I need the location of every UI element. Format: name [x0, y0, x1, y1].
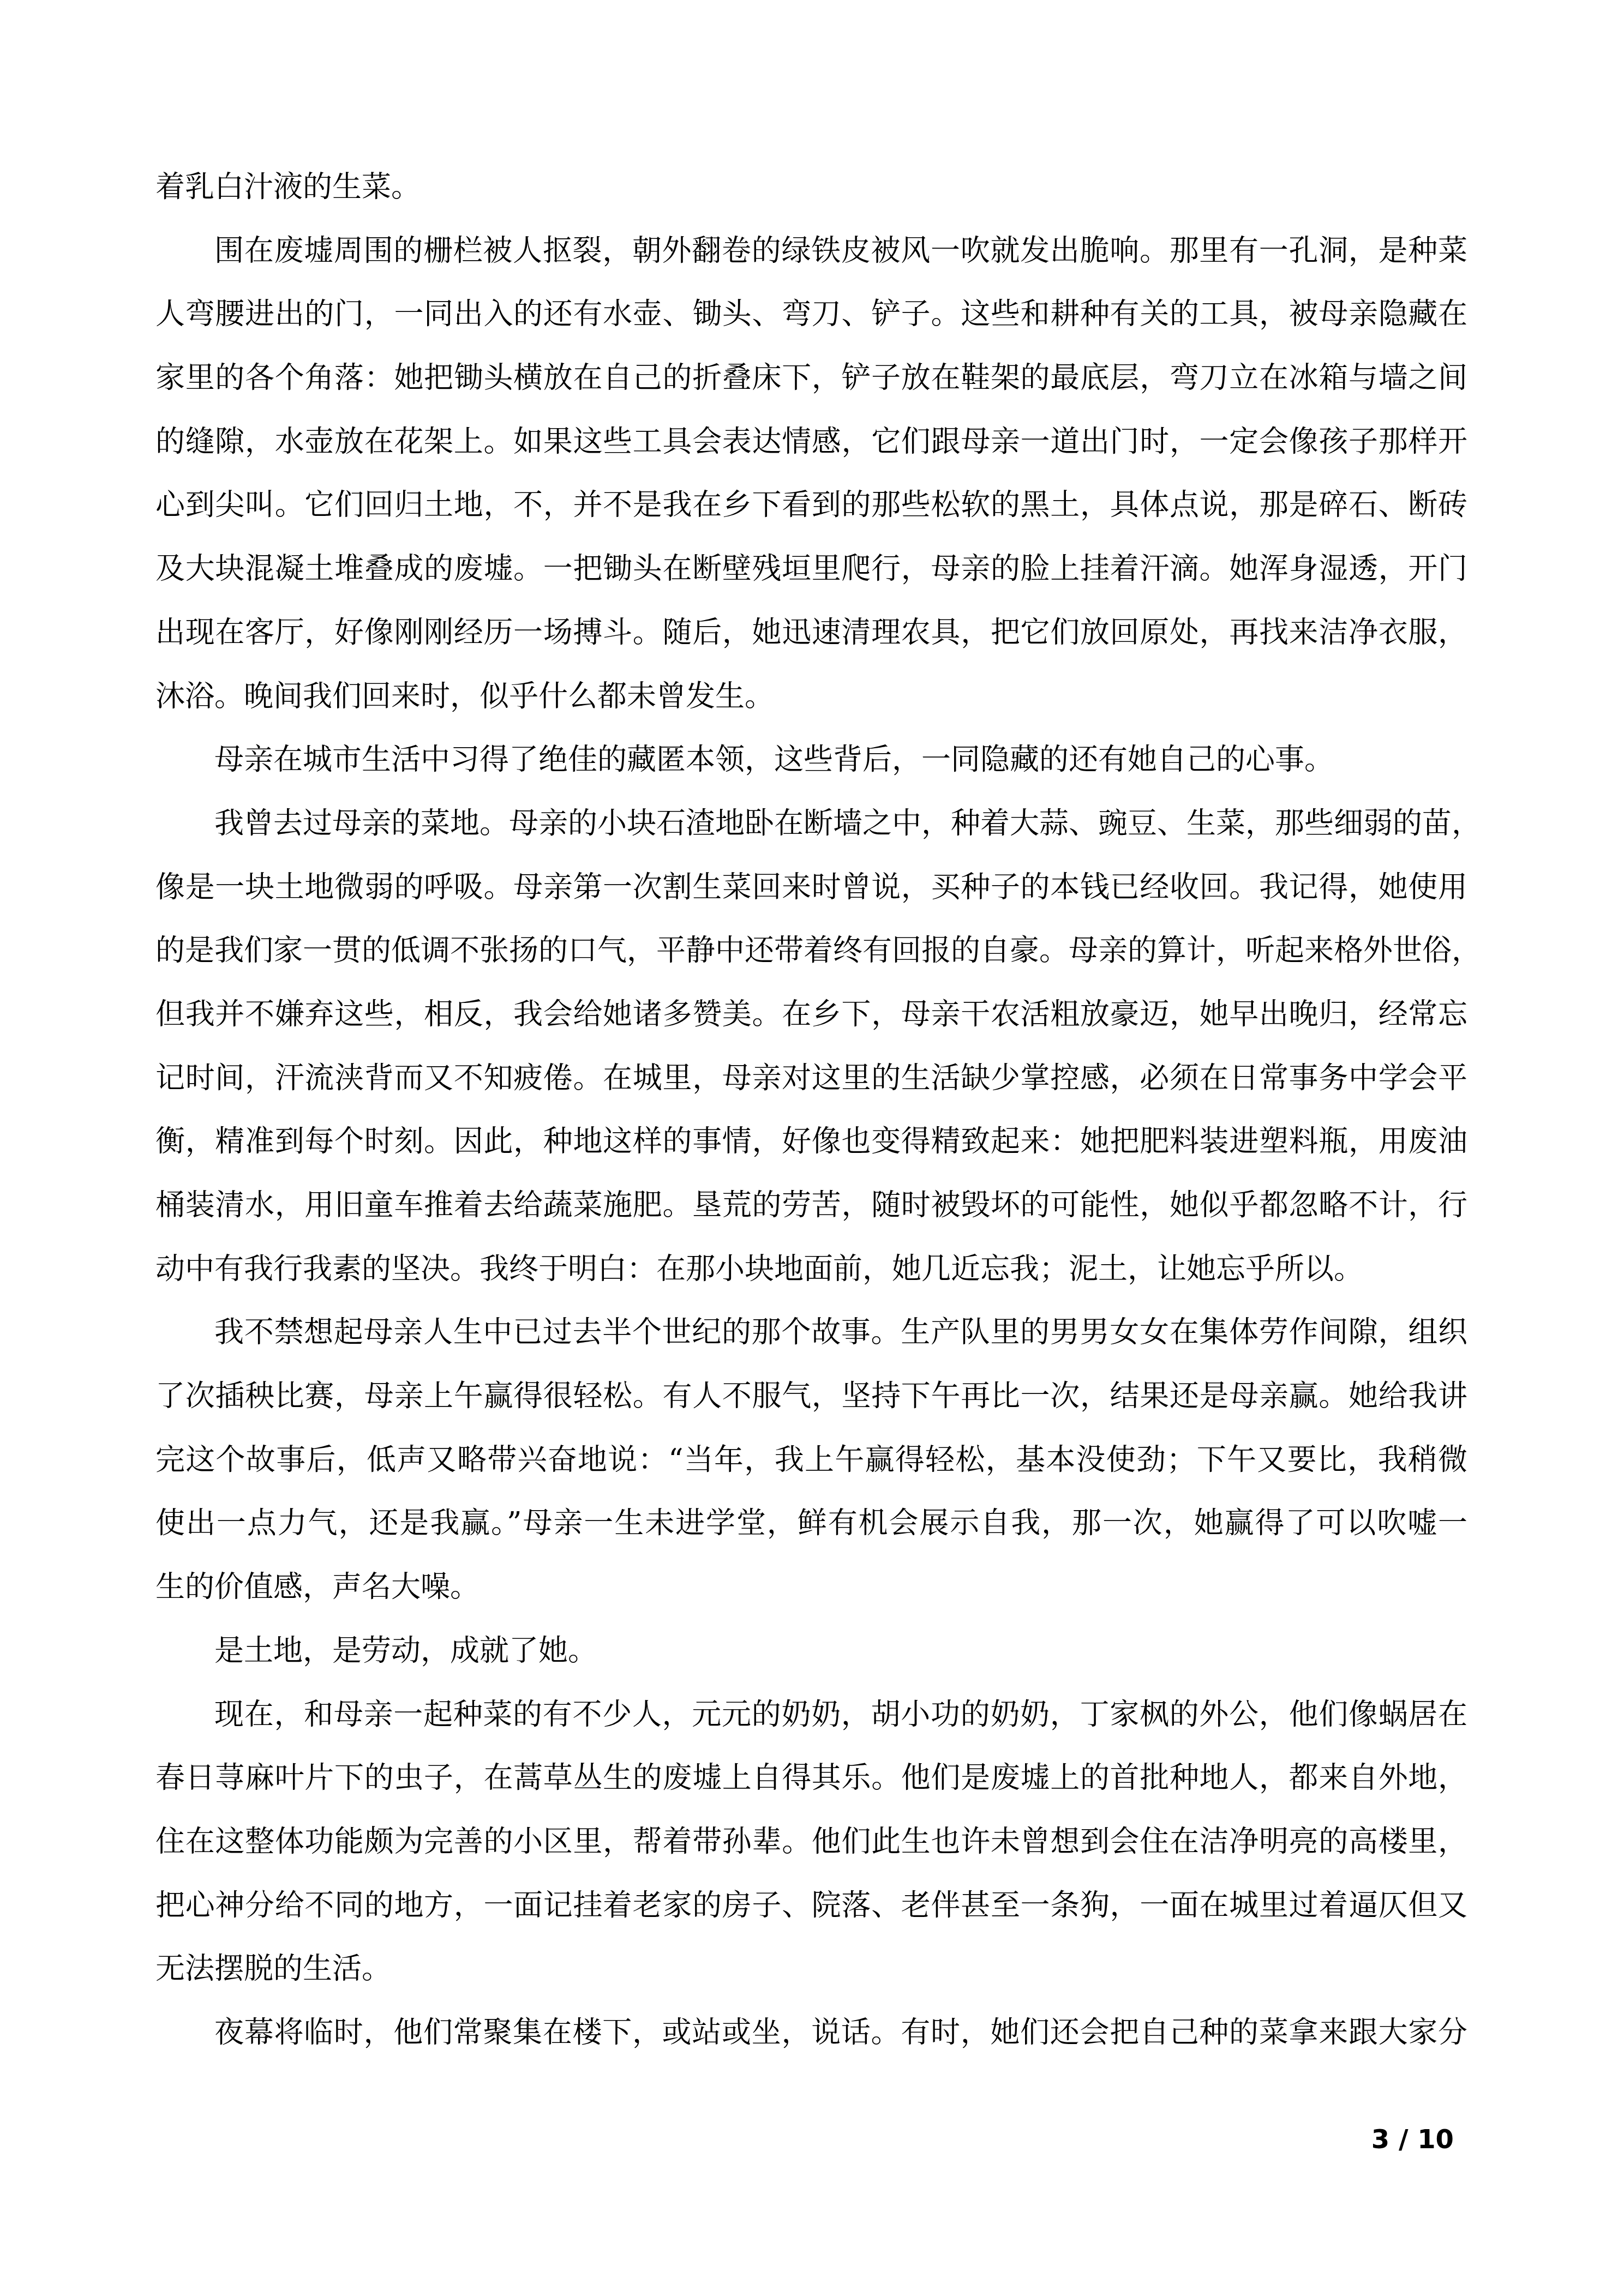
paragraph: 着乳白汁液的生菜。	[155, 155, 1467, 219]
body-text: 着乳白汁液的生菜。围在废墟周围的栅栏被人抠裂，朝外翻卷的绿铁皮被风一吹就发出脆响…	[155, 155, 1467, 2065]
paragraph: 围在废墟周围的栅栏被人抠裂，朝外翻卷的绿铁皮被风一吹就发出脆响。那里有一孔洞，是…	[155, 219, 1467, 729]
text-line: 春日荨麻叶片下的虫子，在蒿草丛生的废墟上自得其乐。他们是废墟上的首批种地人，都来…	[155, 1746, 1467, 1810]
paragraph: 是土地，是劳动，成就了她。	[155, 1619, 1467, 1683]
page-number: 3 / 10	[1371, 2123, 1454, 2156]
text-line: 记时间，汗流浃背而又不知疲倦。在城里，母亲对这里的生活缺少掌控感，必须在日常事务…	[155, 1047, 1467, 1110]
text-line: 我曾去过母亲的菜地。母亲的小块石渣地卧在断墙之中，种着大蒜、豌豆、生菜，那些细弱…	[155, 792, 1467, 856]
text-line: 围在废墟周围的栅栏被人抠裂，朝外翻卷的绿铁皮被风一吹就发出脆响。那里有一孔洞，是…	[155, 219, 1467, 283]
text-line: 及大块混凝土堆叠成的废墟。一把锄头在断壁残垣里爬行，母亲的脸上挂着汗滴。她浑身湿…	[155, 537, 1467, 601]
text-line: 把心神分给不同的地方，一面记挂着老家的房子、院落、老伴甚至一条狗，一面在城里过着…	[155, 1874, 1467, 1938]
text-line: 桶装清水，用旧童车推着去给蔬菜施肥。垦荒的劳苦，随时被毁坏的可能性，她似乎都忽略…	[155, 1174, 1467, 1237]
text-line: 但我并不嫌弃这些，相反，我会给她诸多赞美。在乡下，母亲干农活粗放豪迈，她早出晚归…	[155, 983, 1467, 1047]
text-line: 衡，精准到每个时刻。因此，种地这样的事情，好像也变得精致起来：她把肥料装进塑料瓶…	[155, 1110, 1467, 1174]
paragraph: 现在，和母亲一起种菜的有不少人，元元的奶奶，胡小功的奶奶，丁家枫的外公，他们像蜗…	[155, 1683, 1467, 2001]
text-line: 家里的各个角落：她把锄头横放在自己的折叠床下，铲子放在鞋架的最底层，弯刀立在冰箱…	[155, 346, 1467, 410]
text-line: 我不禁想起母亲人生中已过去半个世纪的那个故事。生产队里的男男女女在集体劳作间隙，…	[155, 1301, 1467, 1365]
paragraph: 夜幕将临时，他们常聚集在楼下，或站或坐，说话。有时，她们还会把自己种的菜拿来跟大…	[155, 2001, 1467, 2065]
text-line: 母亲在城市生活中习得了绝佳的藏匿本领，这些背后，一同隐藏的还有她自己的心事。	[155, 728, 1467, 792]
text-line: 夜幕将临时，他们常聚集在楼下，或站或坐，说话。有时，她们还会把自己种的菜拿来跟大…	[155, 2001, 1467, 2065]
text-line: 住在这整体功能颇为完善的小区里，帮着带孙辈。他们此生也许未曾想到会住在洁净明亮的…	[155, 1810, 1467, 1874]
text-line: 生的价值感，声名大噪。	[155, 1555, 1467, 1619]
text-line: 使出一点力气，还是我赢。”母亲一生未进学堂，鲜有机会展示自我，那一次，她赢得了可…	[155, 1492, 1467, 1555]
text-line: 着乳白汁液的生菜。	[155, 155, 1467, 219]
text-line: 心到尖叫。它们回归土地，不，并不是我在乡下看到的那些松软的黑土，具体点说，那是碎…	[155, 473, 1467, 537]
text-line: 动中有我行我素的坚决。我终于明白：在那小块地面前，她几近忘我；泥土，让她忘乎所以…	[155, 1237, 1467, 1301]
text-line: 像是一块土地微弱的呼吸。母亲第一次割生菜回来时曾说，买种子的本钱已经收回。我记得…	[155, 856, 1467, 919]
paragraph: 母亲在城市生活中习得了绝佳的藏匿本领，这些背后，一同隐藏的还有她自己的心事。	[155, 728, 1467, 792]
document-page: 着乳白汁液的生菜。围在废墟周围的栅栏被人抠裂，朝外翻卷的绿铁皮被风一吹就发出脆响…	[0, 0, 1624, 2296]
text-line: 无法摆脱的生活。	[155, 1937, 1467, 2001]
text-line: 沐浴。晚间我们回来时，似乎什么都未曾发生。	[155, 665, 1467, 729]
text-line: 人弯腰进出的门，一同出入的还有水壶、锄头、弯刀、铲子。这些和耕种有关的工具，被母…	[155, 283, 1467, 346]
text-line: 了次插秧比赛，母亲上午赢得很轻松。有人不服气，坚持下午再比一次，结果还是母亲赢。…	[155, 1365, 1467, 1428]
paragraph: 我不禁想起母亲人生中已过去半个世纪的那个故事。生产队里的男男女女在集体劳作间隙，…	[155, 1301, 1467, 1619]
text-line: 是土地，是劳动，成就了她。	[155, 1619, 1467, 1683]
text-line: 出现在客厅，好像刚刚经历一场搏斗。随后，她迅速清理农具，把它们放回原处，再找来洁…	[155, 601, 1467, 665]
text-line: 完这个故事后，低声又略带兴奋地说：“当年，我上午赢得轻松，基本没使劲；下午又要比…	[155, 1428, 1467, 1492]
text-line: 现在，和母亲一起种菜的有不少人，元元的奶奶，胡小功的奶奶，丁家枫的外公，他们像蜗…	[155, 1683, 1467, 1747]
text-line: 的缝隙，水壶放在花架上。如果这些工具会表达情感，它们跟母亲一道出门时，一定会像孩…	[155, 410, 1467, 474]
text-line: 的是我们家一贯的低调不张扬的口气，平静中还带着终有回报的自豪。母亲的算计，听起来…	[155, 919, 1467, 983]
paragraph: 我曾去过母亲的菜地。母亲的小块石渣地卧在断墙之中，种着大蒜、豌豆、生菜，那些细弱…	[155, 792, 1467, 1301]
